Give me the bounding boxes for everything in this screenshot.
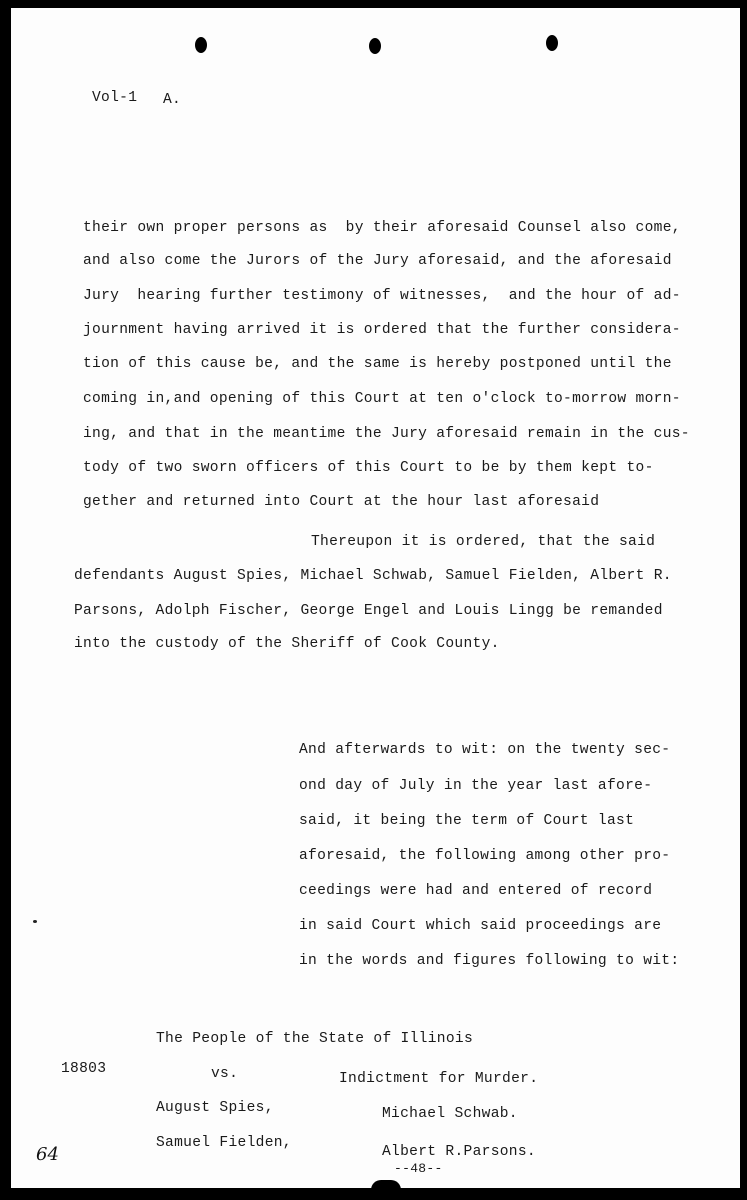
volume-label: Vol-1 bbox=[92, 91, 137, 106]
text-line: defendants August Spies, Michael Schwab,… bbox=[74, 569, 672, 584]
text-line: aforesaid, the following among other pro… bbox=[299, 849, 670, 864]
defendant-left: August Spies, bbox=[156, 1101, 274, 1116]
document-page: Vol-1 A. their own proper persons as by … bbox=[11, 8, 740, 1188]
text-line: said, it being the term of Court last bbox=[299, 814, 634, 829]
handwritten-note: 64 bbox=[36, 1144, 59, 1165]
case-number: 18803 bbox=[61, 1062, 106, 1077]
text-line: gether and returned into Court at the ho… bbox=[83, 495, 599, 510]
text-line: tody of two sworn officers of this Court… bbox=[83, 461, 654, 476]
punch-hole-center bbox=[369, 38, 381, 54]
ink-speck bbox=[33, 920, 37, 923]
punch-hole-bottom bbox=[371, 1180, 401, 1190]
text-line: in the words and figures following to wi… bbox=[299, 954, 679, 969]
section-label: A. bbox=[163, 93, 181, 108]
text-line: ceedings were had and entered of record bbox=[299, 884, 652, 899]
text-line: Parsons, Adolph Fischer, George Engel an… bbox=[74, 604, 663, 619]
charge-label: Indictment for Murder. bbox=[339, 1072, 538, 1087]
text-line: and also come the Jurors of the Jury afo… bbox=[83, 254, 672, 269]
text-line: their own proper persons as by their afo… bbox=[83, 221, 681, 236]
text-line: ond day of July in the year last afore- bbox=[299, 779, 652, 794]
text-line: tion of this cause be, and the same is h… bbox=[83, 357, 672, 372]
defendant-left: Samuel Fielden, bbox=[156, 1136, 292, 1151]
defendant-right: Michael Schwab. bbox=[382, 1107, 518, 1122]
plaintiff-line: The People of the State of Illinois bbox=[156, 1032, 473, 1047]
text-line: into the custody of the Sheriff of Cook … bbox=[74, 637, 500, 652]
text-line: in said Court which said proceedings are bbox=[299, 919, 661, 934]
text-line: ing, and that in the meantime the Jury a… bbox=[83, 427, 690, 442]
text-line: coming in,and opening of this Court at t… bbox=[83, 392, 681, 407]
text-line: Thereupon it is ordered, that the said bbox=[311, 535, 655, 550]
versus-label: vs. bbox=[211, 1067, 238, 1082]
text-line: journment having arrived it is ordered t… bbox=[83, 323, 681, 338]
text-line: Jury hearing further testimony of witnes… bbox=[83, 289, 681, 304]
punch-hole-right bbox=[546, 35, 558, 51]
page-number: --48-- bbox=[394, 1162, 443, 1175]
punch-hole-left bbox=[195, 37, 207, 53]
text-line: And afterwards to wit: on the twenty sec… bbox=[299, 743, 670, 758]
defendant-right: Albert R.Parsons. bbox=[382, 1145, 536, 1160]
